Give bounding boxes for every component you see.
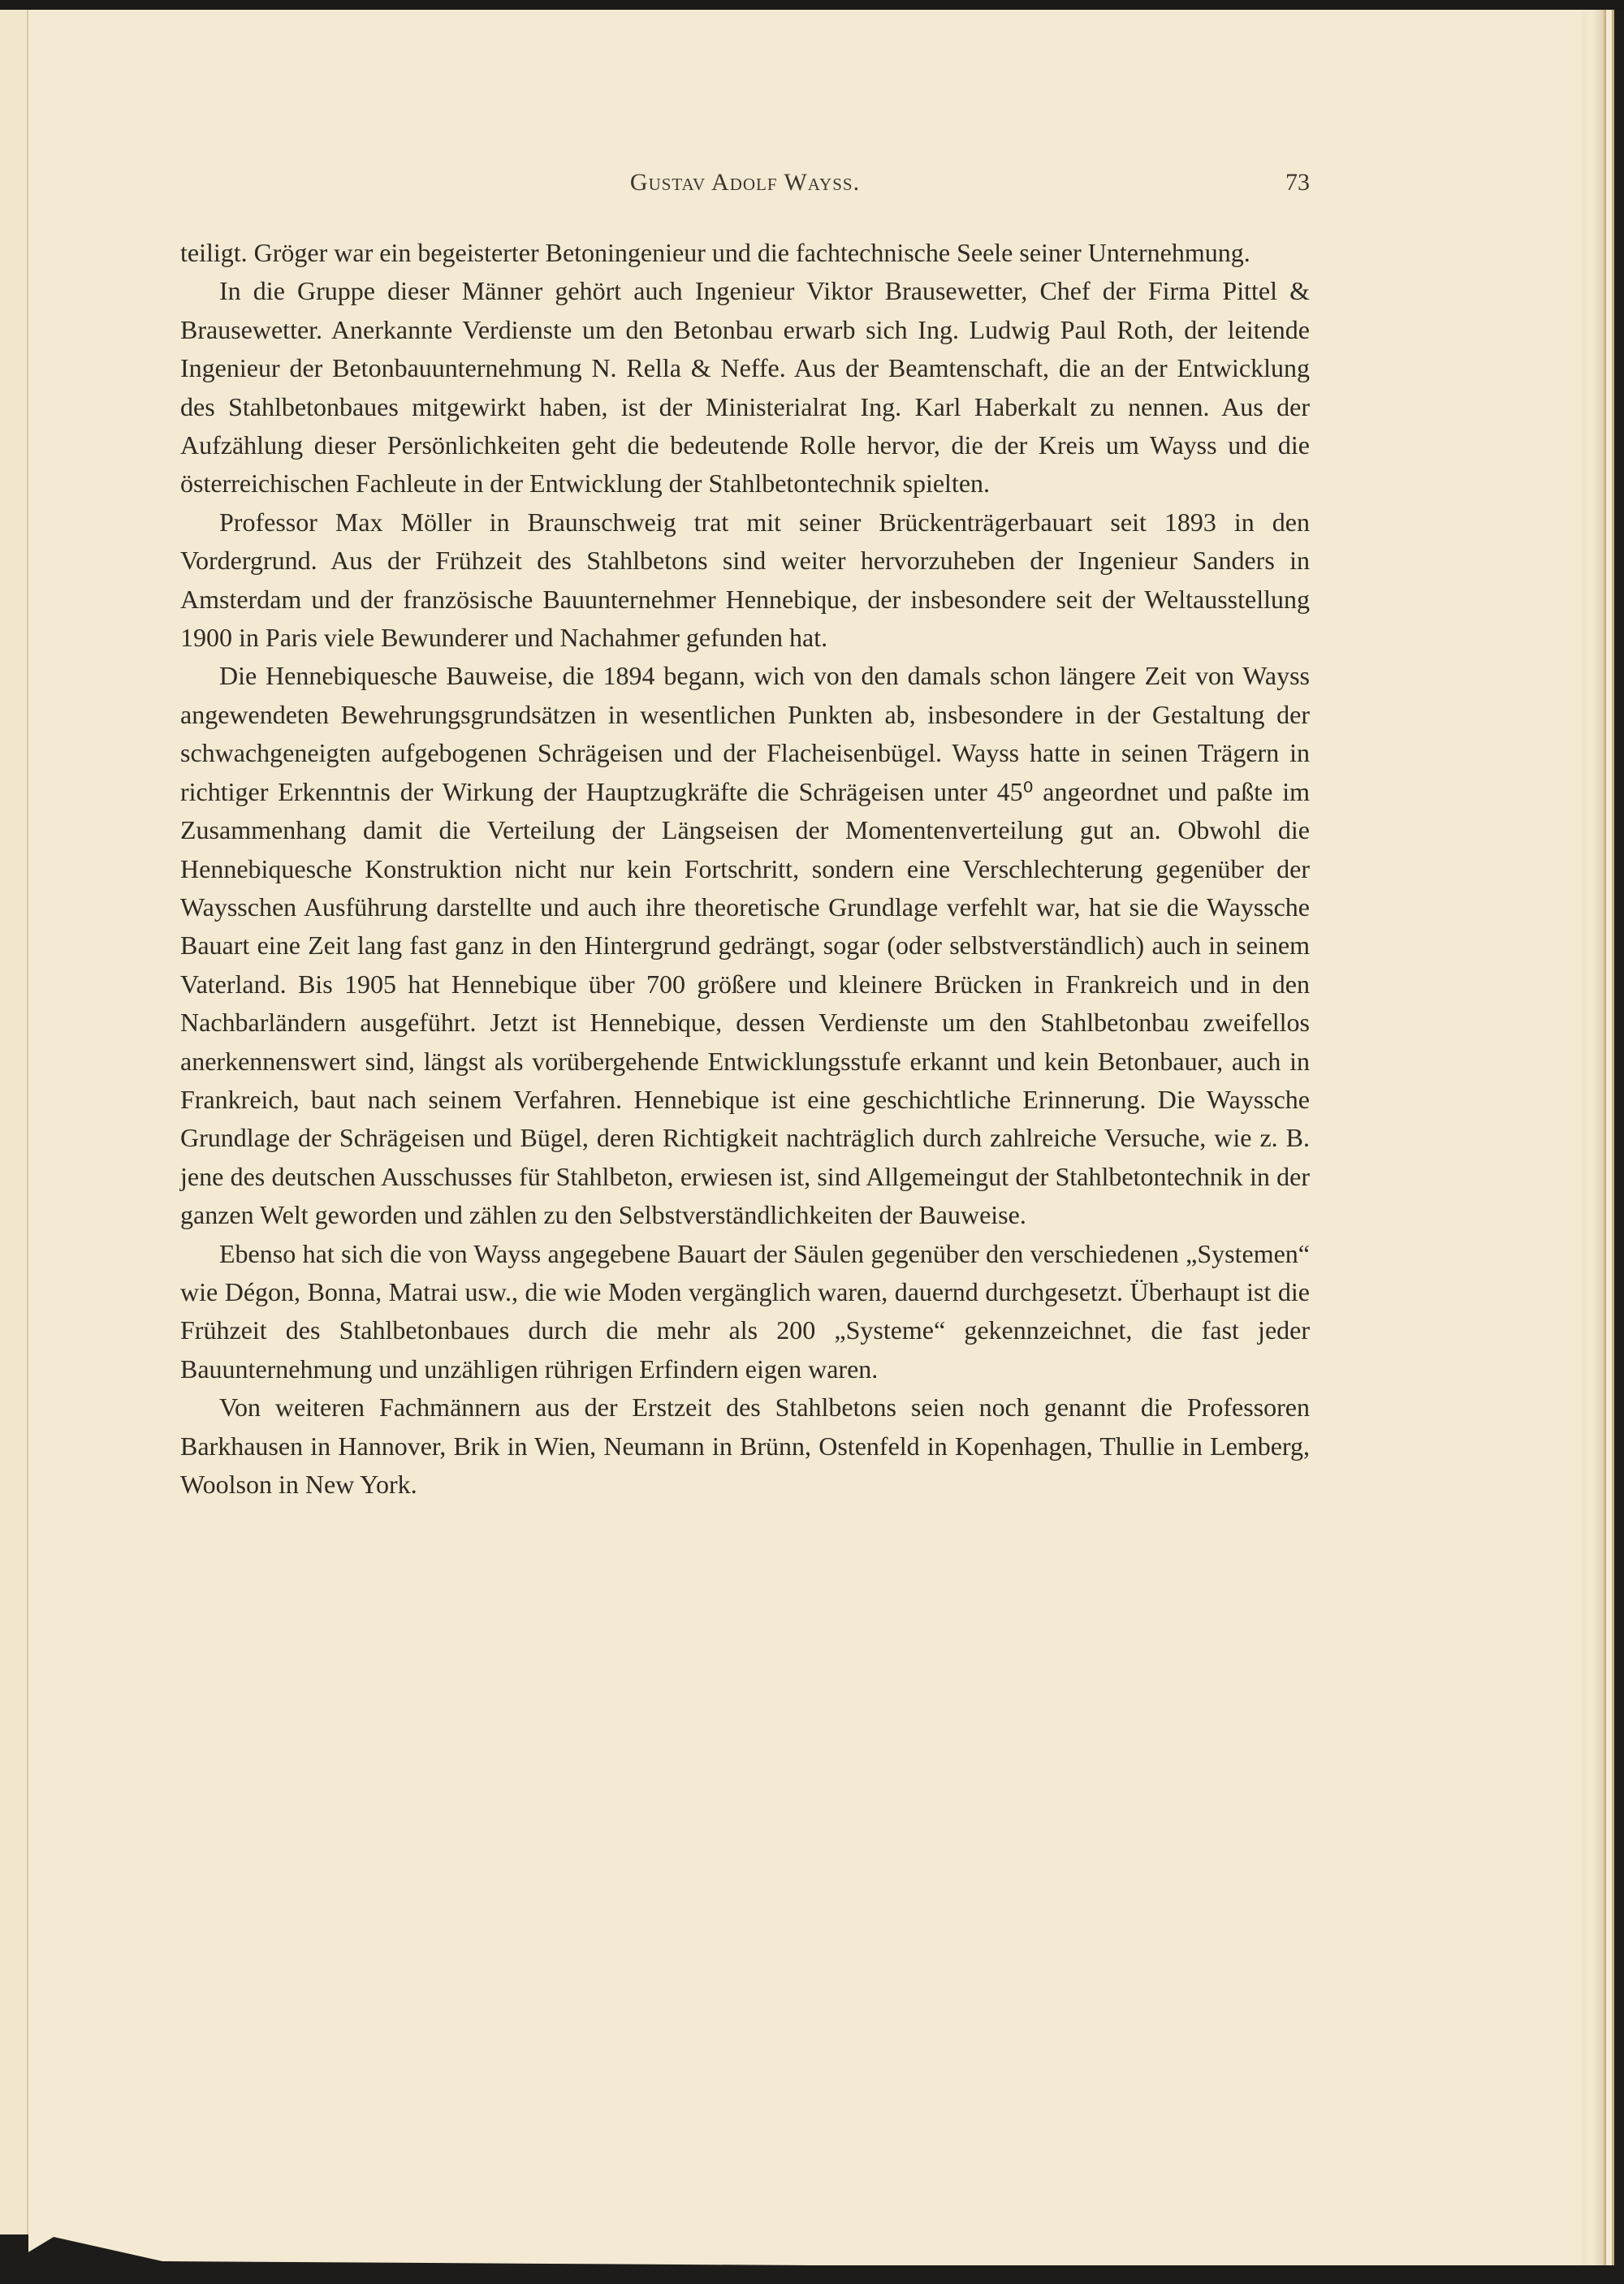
paragraph-1: teiligt. Gröger war ein begeisterter Bet… bbox=[180, 234, 1310, 272]
facing-page-gutter bbox=[0, 10, 28, 2234]
paragraph-3: Professor Max Möller in Braunschweig tra… bbox=[180, 503, 1310, 658]
paragraph-6: Von weiteren Fachmännern aus der Erstzei… bbox=[180, 1388, 1310, 1504]
running-head: Gustav Adolf Wayss. 73 bbox=[180, 169, 1310, 201]
scan-top-border bbox=[0, 0, 1624, 10]
running-title: Gustav Adolf Wayss. bbox=[180, 169, 1310, 196]
body-text: teiligt. Gröger war ein begeisterter Bet… bbox=[180, 234, 1310, 1504]
page-number: 73 bbox=[1285, 169, 1310, 196]
page-fore-edge bbox=[1582, 10, 1606, 2265]
paragraph-2: In die Gruppe dieser Männer gehört auch … bbox=[180, 272, 1310, 503]
paragraph-4: Die Hennebiquesche Bauweise, die 1894 be… bbox=[180, 657, 1310, 1234]
paragraph-5: Ebenso hat sich die von Wayss angegebene… bbox=[180, 1235, 1310, 1389]
